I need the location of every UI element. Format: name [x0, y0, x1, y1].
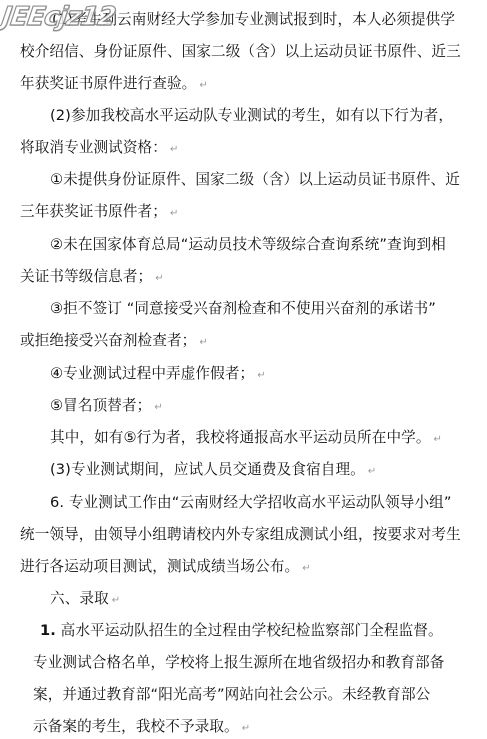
- line-text: 将取消专业测试资格：: [20, 139, 167, 156]
- line-text: 示备案的考生，我校不予录取。: [33, 718, 239, 735]
- line-text: 校介绍信、身份证原件、国家二级（含）以上运动员证书原件、近三: [20, 43, 461, 60]
- paragraph-mark-icon: ↵: [199, 337, 207, 348]
- text-line: ③拒不签订 “同意接受兴奋剂检查和不使用兴奋剂的承诺书”: [50, 299, 436, 319]
- paragraph-mark-icon: ↵: [302, 563, 310, 574]
- paragraph-mark-icon: ↵: [242, 723, 250, 734]
- text-line: 或拒绝接受兴奋剂检查者；↵: [20, 331, 208, 353]
- line-text: 6. 专业测试工作由“云南财经大学招收高水平运动队领导小组”: [50, 494, 452, 511]
- text-line: (2)参加我校高水平运动队专业测试的考生，如有以下行为者，: [50, 106, 453, 126]
- text-line: ⑤冒名顶替者；↵: [50, 396, 163, 418]
- paragraph-mark-icon: ↵: [368, 466, 376, 477]
- item-number: 1.: [40, 622, 56, 639]
- text-line: 三年获奖证书原件者；↵: [20, 202, 178, 224]
- text-line: 专业测试合格名单，学校将上报生源所在地省级招办和教育部备: [33, 653, 444, 673]
- line-text: 六、录取: [50, 590, 109, 607]
- paragraph-mark-icon: ↵: [434, 434, 442, 445]
- line-text: (2)参加我校高水平运动队专业测试的考生，如有以下行为者，: [50, 107, 453, 124]
- text-line: ②未在国家体育总局“运动员技术等级综合查询系统”查询到相: [50, 235, 446, 255]
- text-line: ①未提供身份证原件、国家二级（含）以上运动员证书原件、近: [50, 170, 460, 190]
- paragraph-mark-icon: ↵: [170, 208, 178, 219]
- text-line: 年获奖证书原件进行查验。↵: [20, 74, 208, 96]
- document-page: JEEcjz12 (1)考生到云南财经大学参加专业测试报到时，本人必须提供学 校…: [0, 0, 487, 739]
- line-text: ①未提供身份证原件、国家二级（含）以上运动员证书原件、近: [50, 171, 460, 188]
- line-text: 统一领导，由领导小组聘请校内外专家组成测试小组，按要求对考生: [20, 526, 461, 543]
- line-text: 案，并通过教育部“阳光高考”网站向社会公示。未经教育部公: [33, 686, 430, 703]
- line-text: ③拒不签订 “同意接受兴奋剂检查和不使用兴奋剂的承诺书”: [50, 300, 436, 317]
- text-line: 进行各运动项目测试，测试成绩当场公布。↵: [20, 557, 311, 579]
- line-text: 或拒绝接受兴奋剂检查者；: [20, 332, 196, 349]
- line-text: 高水平运动队招生的全过程由学校纪检监察部门全程监督。: [61, 622, 443, 639]
- paragraph-mark-icon: ↵: [155, 273, 163, 284]
- line-text: ②未在国家体育总局“运动员技术等级综合查询系统”查询到相: [50, 236, 446, 253]
- text-line: 统一领导，由领导小组聘请校内外专家组成测试小组，按要求对考生: [20, 525, 461, 545]
- line-text: (3)专业测试期间，应试人员交通费及食宿自理。: [50, 461, 365, 478]
- text-line: 6. 专业测试工作由“云南财经大学招收高水平运动队领导小组”: [50, 493, 452, 513]
- line-text: ⑤冒名顶替者；: [50, 397, 151, 414]
- text-line: 其中，如有⑤行为者，我校将通报高水平运动员所在中学。↵: [50, 428, 442, 450]
- paragraph-mark-icon: ↵: [170, 144, 178, 155]
- paragraph-mark-icon: ↵: [112, 595, 120, 606]
- text-line: 案，并通过教育部“阳光高考”网站向社会公示。未经教育部公: [33, 685, 430, 705]
- line-text: 三年获奖证书原件者；: [20, 203, 167, 220]
- paragraph-mark-icon: ↵: [199, 80, 207, 91]
- text-line: 校介绍信、身份证原件、国家二级（含）以上运动员证书原件、近三: [20, 42, 461, 62]
- line-text: 进行各运动项目测试，测试成绩当场公布。: [20, 558, 299, 575]
- text-line: 将取消专业测试资格：↵: [20, 138, 178, 160]
- text-line: 示备案的考生，我校不予录取。↵: [33, 717, 250, 739]
- section-heading: 六、录取↵: [50, 589, 120, 611]
- paragraph-mark-icon: ↵: [154, 402, 162, 413]
- line-text: 关证书等级信息者；: [20, 268, 152, 285]
- line-text: 专业测试合格名单，学校将上报生源所在地省级招办和教育部备: [33, 654, 444, 671]
- paragraph-mark-icon: ↵: [257, 370, 265, 381]
- text-line: 1. 高水平运动队招生的全过程由学校纪检监察部门全程监督。: [40, 621, 443, 641]
- watermark-logo: JEEcjz12: [0, 2, 117, 32]
- text-line: 关证书等级信息者；↵: [20, 267, 164, 289]
- line-text: ④专业测试过程中弄虚作假者；: [50, 365, 254, 382]
- line-text: 年获奖证书原件进行查验。: [20, 75, 196, 92]
- text-line: ④专业测试过程中弄虚作假者；↵: [50, 364, 266, 386]
- text-line: (3)专业测试期间，应试人员交通费及食宿自理。↵: [50, 460, 376, 482]
- line-text: 其中，如有⑤行为者，我校将通报高水平运动员所在中学。: [50, 429, 431, 446]
